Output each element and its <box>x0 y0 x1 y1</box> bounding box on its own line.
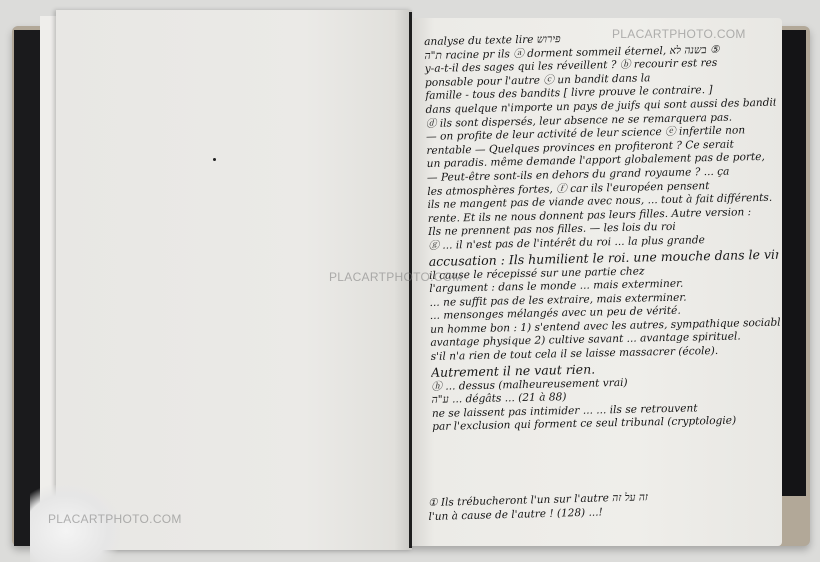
handwritten-notes: analyse du texte lire פירוש ת"ה racine p… <box>424 29 782 435</box>
ink-speck <box>213 158 216 161</box>
book-edge-left <box>14 30 40 546</box>
watermark-center: PLACARTPHOTO.COM <box>329 270 463 284</box>
watermark-bottom-left: PLACARTPHOTO.COM <box>48 512 182 526</box>
watermark-top-right: PLACARTPHOTO.COM <box>612 27 746 41</box>
